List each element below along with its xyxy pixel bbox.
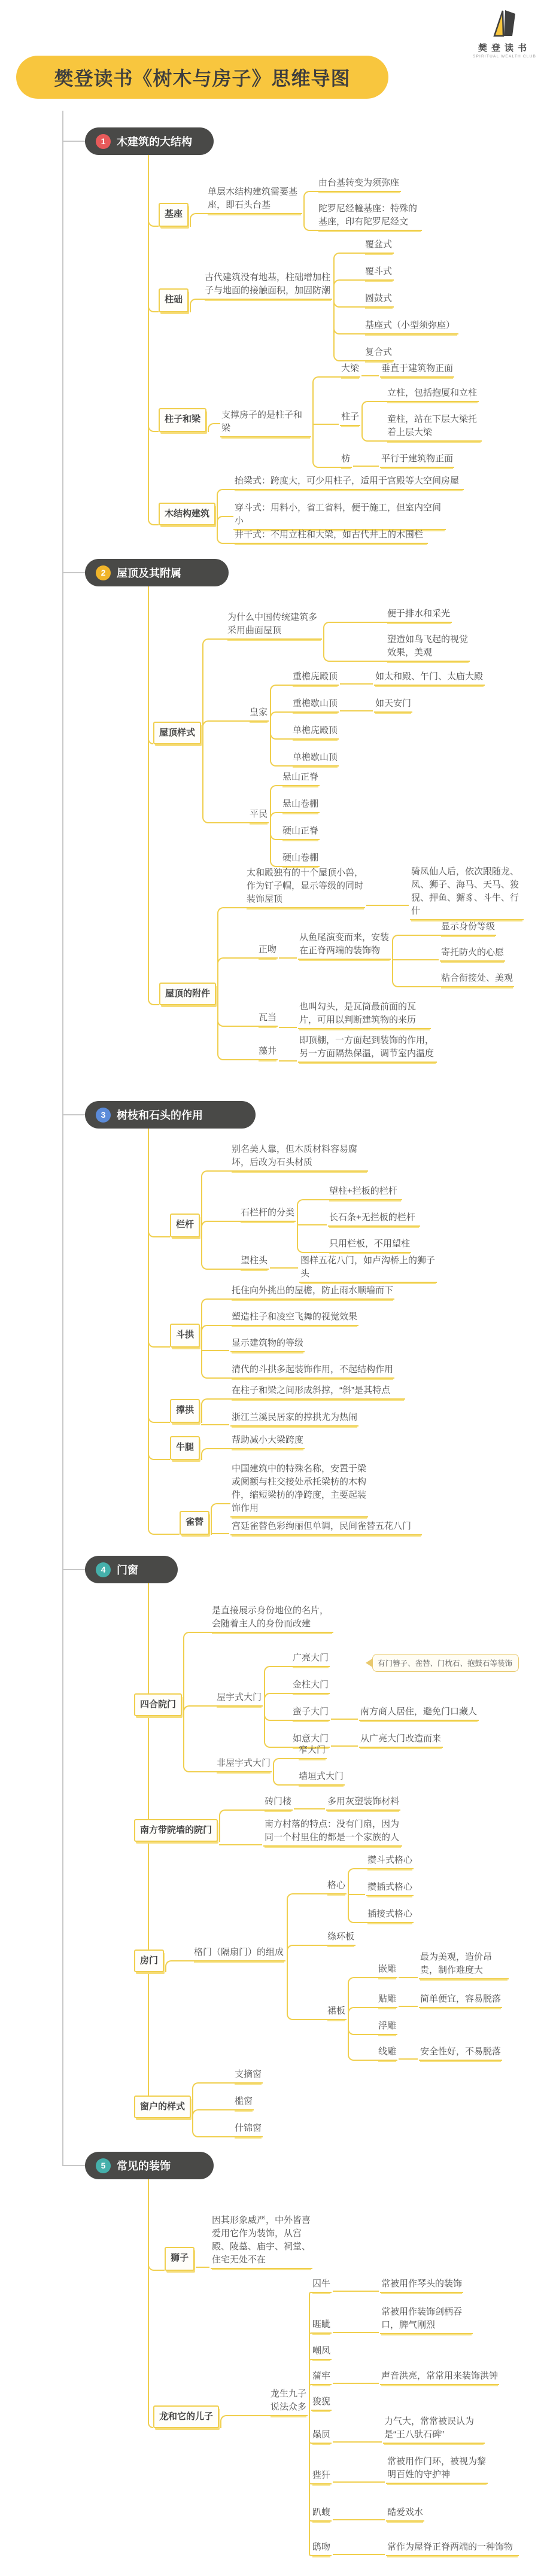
brand-tagline: SPIRITUAL WEALTH CLUB [466,54,543,59]
topic-text-chys_c3: 什锦窗 [233,2122,263,2137]
topic-text-gx_c1: 攒斗式格心 [366,1854,414,1869]
connector-line [270,720,291,767]
branch-pill-2: 2屋顶及其附属 [85,559,229,586]
connector-line [220,2415,269,2428]
topic-text-cg_c1: 在柱子和梁之间形成斜撑，“斜”是其特点 [230,1384,405,1400]
topic-text-gx_c3: 插接式格心 [366,1908,414,1923]
connector-line [192,2117,233,2137]
topic-text-hj_c2: 重檐歇山顶 [291,697,339,713]
spine-stub-5 [62,2165,85,2166]
topic-box-nt: 牛腿 [170,1436,200,1460]
connector-line [217,1004,257,1060]
topic-text-xd: 线雕 [377,2045,397,2061]
topic-box-wdys: 屋顶样式 [153,722,201,744]
connector-line [264,1705,291,1748]
connector-line [264,1693,291,1707]
connector-line [279,1060,297,1062]
topic-text-fd: 浮雕 [377,2020,397,2035]
connector-line [353,466,379,467]
topic-text-fwys_c2: 墙垣式大门 [297,1770,345,1786]
connector-line [190,213,206,227]
topic-text-zc_c2: 覆斗式 [364,265,394,281]
connector-line [361,375,379,376]
topic-box-shym: 四合院门 [134,1693,182,1716]
topic-box-cg: 撑拱 [170,1399,200,1423]
topic-text-slg_c1: 望柱+拦板的栏杆 [328,1185,402,1200]
topic-text-chys_c1: 支摘窗 [233,2068,263,2084]
connector-line [333,2441,382,2443]
topic-text-hj_c1: 重檐庑殿顶 [291,670,339,686]
topic-text-nf_t: 南方村落的特点：没有门扇，因为同一个村里住的都是一个家族的人 [263,1818,402,1847]
connector-line [348,1893,366,1923]
topic-text-zc_desc: 古代建筑没有地基，柱础增加柱子与地面的接触面积，加固防潮 [203,271,332,300]
topic-box-mjg: 木结构建筑 [159,503,215,525]
connector-line [323,638,386,662]
topic-text-wys_c3t: 南方商人居住，避免门口藏人 [359,1705,479,1721]
brand-logo: 樊登读书 SPIRITUAL WEALTH CLUB [466,10,543,59]
topic-text-slg_c3: 只用栏板，不用望柱 [328,1237,411,1253]
spine-stub-3 [62,1114,85,1115]
connector-line [323,622,386,640]
book-logo-icon [487,10,522,37]
connector-line [333,279,364,300]
branch-label: 屋顶及其附属 [117,565,181,580]
connector-line [340,683,373,685]
topic-text-s8: 趴蝮 [311,2506,332,2522]
connector-line [309,2408,310,2410]
topic-text-zc_c5: 复合式 [364,346,394,361]
topic-text-wadang_t: 也叫勾头，是瓦筒最前面的瓦片，可用以判断建筑物的来历 [298,1000,431,1029]
connector-line [333,2554,385,2555]
topic-text-sz_desc: 因其形象威严，中外皆喜爱用它作为装饰，从宫殿、陵墓、庙宇、祠堂、住宅无处不在 [211,2214,312,2269]
topic-text-wys: 屋宇式大门 [215,1691,263,1707]
topic-text-jz_desc: 单层木结构建筑需要基座，即石头台基 [206,185,302,214]
connector-line [201,1346,230,1379]
connector-line [148,586,159,1005]
branch-pill-3: 3树枝和石头的作用 [85,1101,256,1129]
topic-text-zhuzi: 柱子 [340,410,360,426]
topic-text-zhuzi_c1: 立柱，包括抱厦和立柱 [386,387,479,402]
connector-line [183,1632,211,1716]
topic-text-zc_c4: 基座式（小型须弥座） [364,319,458,334]
connector-line [148,2179,153,2428]
topic-text-s7_t: 常被用作门环，被视为黎明百姓的守护神 [386,2455,488,2484]
topic-box-zc: 柱础 [159,288,189,312]
topic-box-sz: 狮子 [165,2247,195,2271]
connector-line [201,1398,230,1423]
callout-pointer-icon [366,1659,372,1667]
connector-line [287,1960,326,2020]
topic-text-zl_desc: 支撑房子的是柱子和梁 [220,409,311,437]
connector-line [348,1868,366,1894]
branch-number-badge: 2 [96,565,111,580]
connector-line [287,1945,326,1961]
connector-line [273,1771,297,1786]
topic-box-nf: 南方带院墙的院门 [134,1819,218,1842]
connector-line [190,299,203,312]
connector-line [294,1808,325,1809]
branch-number-badge: 1 [96,134,111,149]
topic-text-gx: 格心 [326,1879,347,1894]
connector-line [348,2007,377,2020]
branch-label: 木建筑的大结构 [117,133,192,149]
topic-text-fang: 枋 [340,452,352,468]
topic-text-nt_c1: 帮助减小大梁跨度 [230,1434,305,1449]
topic-text-hj_c3: 单檐庑殿顶 [291,724,339,740]
connector-line [217,524,233,544]
connector-line [196,2267,209,2268]
branch-label: 树枝和石头的作用 [117,1107,203,1123]
topic-text-slg_c2: 长石条+无拦板的栏杆 [328,1211,420,1227]
topic-text-pm_c2: 悬山卷棚 [281,798,320,813]
topic-text-s6: 赑屃 [311,2428,332,2444]
topic-text-hj_c2t: 如天安门 [374,697,412,713]
connector-line [208,423,220,432]
topic-text-fm_desc: 格门（隔扇门）的组成 [193,1946,285,1961]
connector-line [211,1503,230,1535]
topic-box-dg: 斗拱 [170,1324,200,1348]
topic-text-s1_t: 常被用作琴头的装饰 [380,2277,463,2293]
topic-text-qt_c2: 宫廷雀替色彩绚丽但单调，民间雀替五花八门 [230,1520,422,1535]
topic-text-zw_c3: 粘合衔接处、美观 [440,972,514,987]
connector-line [361,401,386,426]
topic-text-lg_desc: 别名美人靠，但木质材料容易腐坏，后改为石头材质 [230,1143,368,1172]
topic-text-s9_t: 常作为屋脊正脊两端的一种饰物 [386,2541,519,2556]
topic-text-pm: 平民 [248,808,269,823]
topic-text-zw: 正吻 [257,943,278,959]
connector-line [399,2006,418,2007]
connector-line [201,1448,230,1460]
topic-text-zaojing_t: 即顶棚，一方面起到装饰的作用，另一方面隔热保温，调节室内温度 [298,1034,437,1063]
connector-line [183,1715,215,1772]
topic-text-qb: 裙板 [326,2005,347,2020]
branch-number-badge: 4 [96,1562,111,1577]
connector-line [331,1745,358,1747]
topic-text-qd: 嵌雕 [377,1963,397,1978]
connector-line [333,2383,379,2384]
topic-text-zml_t: 多用灰塑装饰材料 [326,1795,400,1811]
topic-text-s9: 鸱吻 [311,2541,332,2556]
topic-text-wzt_t: 图样五花八门，如卢沟桥上的狮子头 [299,1254,437,1283]
brand-name: 樊登读书 [466,41,543,54]
topic-text-dg_c1: 托住向外挑出的屋檐，防止雨水顺墙而下 [230,1284,394,1300]
connector-line [202,720,248,744]
topic-text-gx_c2: 攒插式格心 [366,1881,414,1896]
topic-text-wys_c1: 广亮大门 [291,1652,330,1667]
connector-line [148,155,159,525]
connector-line [333,2519,385,2520]
topic-text-zc_c1: 覆盆式 [364,238,394,254]
topic-text-wys_c2: 金柱大门 [291,1678,330,1694]
page-title: 樊登读书《树木与房子》思维导图 [16,56,388,99]
connector-line [165,1960,193,1972]
topic-box-chys: 窗户的样式 [134,2096,191,2118]
connector-line [303,213,317,231]
topic-box-lhz: 龙和它的儿子 [153,2405,219,2428]
topic-text-pm_c1: 悬山正脊 [281,771,320,786]
topic-box-zl: 柱子和梁 [159,408,206,432]
callout-note-callout: 有门簪子、雀替、门枕石、抱鼓石等装饰 [372,1654,519,1672]
connector-line [331,1719,358,1720]
topic-text-dg_c2: 塑造柱子和凌空飞舞的视觉效果 [230,1310,358,1326]
connector-line [312,376,340,424]
topic-text-why_c2: 塑造如鸟飞起的视觉效果，美观 [386,633,470,662]
connector-line [270,1267,298,1269]
topic-text-s3: 嘲凤 [311,2344,332,2360]
spine-stub-2 [62,572,85,573]
topic-text-mjg_c3: 井干式：不用立柱和大梁，如古代井上的木围栏 [233,528,428,544]
topic-text-mjg_c2: 穿斗式：用料小，省工省料，便于施工，但室内空间小 [233,501,446,530]
topic-text-wys_c4t: 从广亮大门改造而来 [359,1732,443,1748]
spine-stub-4 [62,1569,85,1570]
topic-text-cg_c2: 浙江兰溪民居家的撑拱尤为热闹 [230,1411,358,1427]
topic-text-s2_t: 常被用作装饰剑柄吞口，脾气刚烈 [380,2306,473,2334]
topic-text-jz_c1: 由台基转变为须弥座 [317,177,401,192]
topic-text-wadang: 瓦当 [257,1011,278,1027]
topic-text-daliang: 大梁 [340,362,360,378]
connector-line [392,935,440,960]
connector-line [217,957,257,1005]
connector-line [202,743,248,823]
topic-text-zw_c1: 显示身份等级 [440,920,496,936]
topic-text-qd_t: 最为美观，造价昂贵，制作难度大 [419,1951,509,1979]
connector-line [279,1027,297,1028]
topic-text-hj: 皇家 [248,706,269,722]
topic-text-s8_t: 酷爱戏水 [386,2506,424,2522]
topic-text-wzt: 望柱头 [239,1254,269,1270]
connector-line [211,1533,229,1534]
topic-text-zml: 砖门楼 [263,1795,293,1811]
topic-text-dg_c4: 清代的斗拱多起装饰作用，不起结构作用 [230,1363,394,1379]
branch-pill-1: 1木建筑的大结构 [85,127,214,155]
topic-text-zhuzi_c2: 童柱，站在下层大梁托着上层大梁 [386,413,482,442]
connector-line [201,1424,229,1425]
topic-text-s2: 睚眦 [311,2318,332,2334]
topic-text-s7: 狴犴 [311,2469,332,2484]
connector-line [333,2291,379,2292]
connector-line [279,957,297,959]
topic-text-hj_c1t: 如太和殿、午门、太庙大殿 [374,670,485,686]
connector-line [361,425,386,442]
topic-text-s5: 狻猊 [311,2395,332,2411]
connector-line [333,299,364,361]
connector-line [148,1583,150,2118]
branch-number-badge: 3 [96,1108,111,1123]
topic-text-chys_c2: 槛窗 [233,2095,254,2110]
connector-line [219,1844,262,1845]
connector-line [333,2481,385,2483]
connector-line [303,191,317,214]
connector-line [392,959,440,987]
branch-pill-4: 4门窗 [85,1556,178,1583]
topic-text-xd_t: 安全性好，不易脱落 [419,2045,502,2061]
topic-text-jz_c2: 陀罗尼经幢基座：特殊的基座，印有陀罗尼经文 [317,202,422,231]
topic-text-why_c1: 便于排水和采光 [386,607,452,623]
topic-text-zw_c2: 寄托防火的心愿 [440,946,505,962]
topic-text-td_t: 简单便宜，容易脱落 [419,1993,502,2008]
topic-text-mjg_c1: 抬梁式：跨度大，可少用柱子，适用于宫殿等大空间房屋 [233,475,464,490]
connector-line [340,710,373,711]
topic-text-daliang_t: 垂直于建筑物正面 [380,362,454,378]
topic-text-dg_c3: 显示建筑物的等级 [230,1337,305,1352]
connector-line [312,423,340,468]
topic-text-pm_c3: 硬山正脊 [281,825,320,840]
topic-box-lg: 栏杆 [170,1214,200,1237]
topic-text-fwys: 非屋宇式大门 [215,1757,272,1772]
topic-box-jz: 基座 [159,203,189,227]
topic-text-fang_t: 平行于建筑物正面 [380,452,454,468]
connector-line [297,1199,328,1222]
topic-text-s6_t: 力气大，常常被误认为是“王八驮石碑” [383,2415,485,2444]
topic-text-qt_desc: 中国建筑中的特殊名称，安置于梁或阑额与柱交接处承托梁枋的木构件，缩短梁枋的净跨度… [230,1462,368,1517]
topic-text-s4_t: 声音洪亮，常常用来装饰洪钟 [380,2370,499,2385]
topic-text-slg: 石栏杆的分类 [239,1206,296,1222]
connector-line [201,1236,239,1270]
topic-box-qt: 雀替 [180,1511,209,1535]
topic-text-fwys_c1: 窄大门 [297,1744,327,1759]
connector-line [297,1221,328,1253]
connector-line [366,905,409,906]
topic-text-pm_c4: 硬山卷棚 [281,851,320,867]
mind-map-canvas: 樊登读书《树木与房子》思维导图 樊登读书 SPIRITUAL WEALTH CL… [0,0,547,2576]
connector-line [399,1977,418,1978]
spine-stub-1 [62,141,85,142]
connector-line [201,1325,230,1348]
topic-text-s1: 囚牛 [311,2277,332,2293]
topic-text-td: 贴雕 [377,1993,397,2008]
topic-text-hj_c4: 单檐歇山顶 [291,751,339,767]
branch-pill-5: 5常见的装饰 [85,2152,214,2179]
connector-line [273,1758,297,1772]
topic-box-fm: 房门 [134,1950,164,1972]
topic-text-why: 为什么中国传统建筑多采用曲面屋顶 [226,611,322,640]
connector-line [219,1809,263,1842]
topic-text-wys_c3: 蛮子大门 [291,1705,330,1721]
spine-vertical [62,111,63,2166]
topic-text-zw_desc: 从鱼尾演变而来，安装在正脊两端的装饰物 [298,931,391,960]
topic-text-shym_desc: 是直接展示身份地位的名片，会随着主人的身份而改建 [211,1604,333,1633]
topic-text-xs_desc: 太和殿独有的十个屋顶小兽，作为钉子帽，显示等级的同时装饰屋顶 [245,866,365,908]
connector-line [333,2332,379,2333]
topic-text-zc_c3: 圆鼓式 [364,292,394,308]
topic-text-lsjz: 龙生九子说法众多 [269,2388,308,2416]
branch-label: 常见的装饰 [117,2158,171,2173]
branch-number-badge: 5 [96,2158,111,2173]
branch-label: 门窗 [117,1562,138,1577]
connector-line [201,1221,239,1237]
connector-line [399,2058,418,2060]
topic-text-thb: 绦环板 [326,1930,355,1946]
topic-text-zaojing: 藻井 [257,1045,278,1060]
topic-box-wdfj: 屋顶的附件 [159,983,216,1005]
topic-text-xs_list: 骑凤仙人后，依次跟随龙、凤、狮子、海马、天马、狻猊、押鱼、獬豸、斗牛、行什 [410,865,524,920]
topic-text-s4: 蒲牢 [311,2370,332,2385]
connector-line [270,822,281,867]
connector-line [348,2019,377,2061]
